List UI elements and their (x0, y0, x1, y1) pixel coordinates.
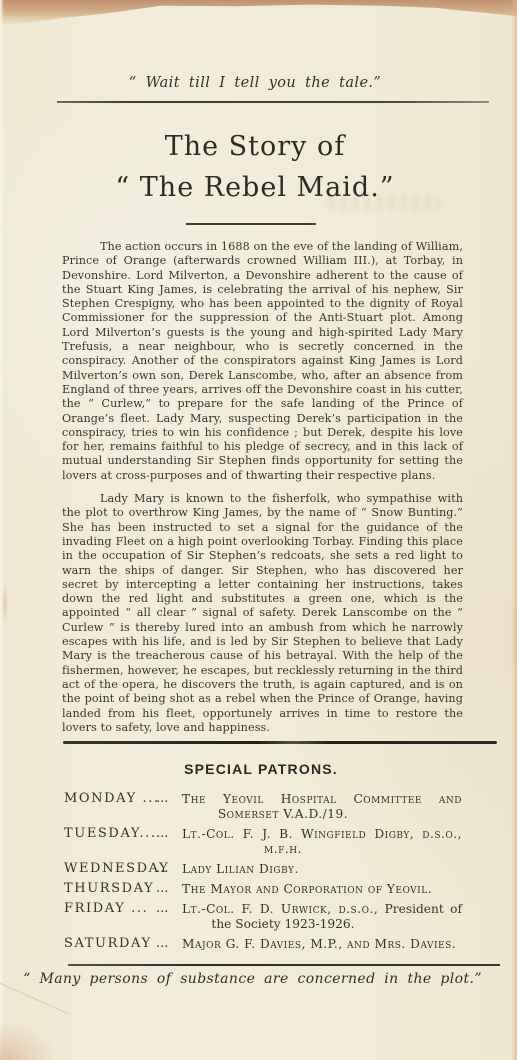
story-synopsis: The action occurs in 1688 on the eve of … (62, 240, 463, 744)
leader-dots: ... (156, 882, 182, 897)
patron-row-monday: MONDAY ... ... The Yeovil Hospital Commi… (64, 792, 462, 822)
torn-top-edge (0, 0, 517, 26)
leader-dots: ... (156, 862, 182, 877)
top-quote: “ Wait till I tell you the tale.” (5, 75, 505, 91)
programme-page: “ Wait till I tell you the tale.” The St… (0, 0, 517, 1060)
patron-row-saturday: SATURDAY ... Major G. F. Davies, M.P., a… (64, 937, 462, 952)
patron-row-wednesday: WEDNESDAY ... Lady Lilian Digby. (64, 862, 462, 877)
bottom-quote: “ Many persons of substance are concerne… (0, 971, 505, 987)
patron-name: Major G. F. Davies, M.P., and Mrs. Davie… (182, 937, 462, 952)
day-label: THURSDAY (64, 882, 156, 897)
day-label: MONDAY ... (64, 792, 156, 822)
patrons-table: MONDAY ... ... The Yeovil Hospital Commi… (64, 792, 462, 957)
page-title: The Story of “ The Rebel Maid.” (0, 126, 510, 208)
patron-name: The Yeovil Hospital Committee and Somers… (182, 792, 462, 822)
day-label: TUESDAY... (64, 827, 156, 857)
patron-name: Lt.-Col. F. D. Urwick, d.s.o., President… (182, 902, 462, 932)
day-label: WEDNESDAY (64, 862, 156, 877)
patron-row-thursday: THURSDAY ... The Mayor and Corporation o… (64, 882, 462, 897)
divider-under-title (186, 223, 316, 225)
divider-above-patrons (63, 741, 497, 744)
story-paragraph-2: Lady Mary is known to the fisherfolk, wh… (62, 492, 463, 735)
story-paragraph-1: The action occurs in 1688 on the eve of … (62, 240, 463, 483)
patron-name: Lt.-Col. F. J. B. Wingfield Digby, d.s.o… (182, 827, 462, 857)
day-label: FRIDAY ... (64, 902, 156, 932)
leader-dots: ... (156, 827, 182, 857)
page-title-line1: The Story of (0, 126, 510, 167)
patron-name: Lady Lilian Digby. (182, 862, 462, 877)
leader-dots: ... (156, 902, 182, 932)
bottom-left-corner-stain (0, 1020, 60, 1060)
edge-stain (2, 580, 8, 626)
leader-dots: ... (156, 937, 182, 952)
divider-above-bottom-quote (68, 964, 500, 966)
divider-under-quote (57, 101, 489, 103)
right-page-edge (511, 0, 517, 1060)
day-label: SATURDAY (64, 937, 156, 952)
leader-dots: ... (156, 792, 182, 822)
bottom-page-edge (0, 1045, 517, 1060)
page-title-line2: “ The Rebel Maid.” (0, 167, 510, 208)
patron-name: The Mayor and Corporation of Yeovil. (182, 882, 462, 897)
patrons-heading: SPECIAL PATRONS. (0, 761, 517, 777)
patron-row-friday: FRIDAY ... ... Lt.-Col. F. D. Urwick, d.… (64, 902, 462, 932)
patron-row-tuesday: TUESDAY... ... Lt.-Col. F. J. B. Wingfie… (64, 827, 462, 857)
